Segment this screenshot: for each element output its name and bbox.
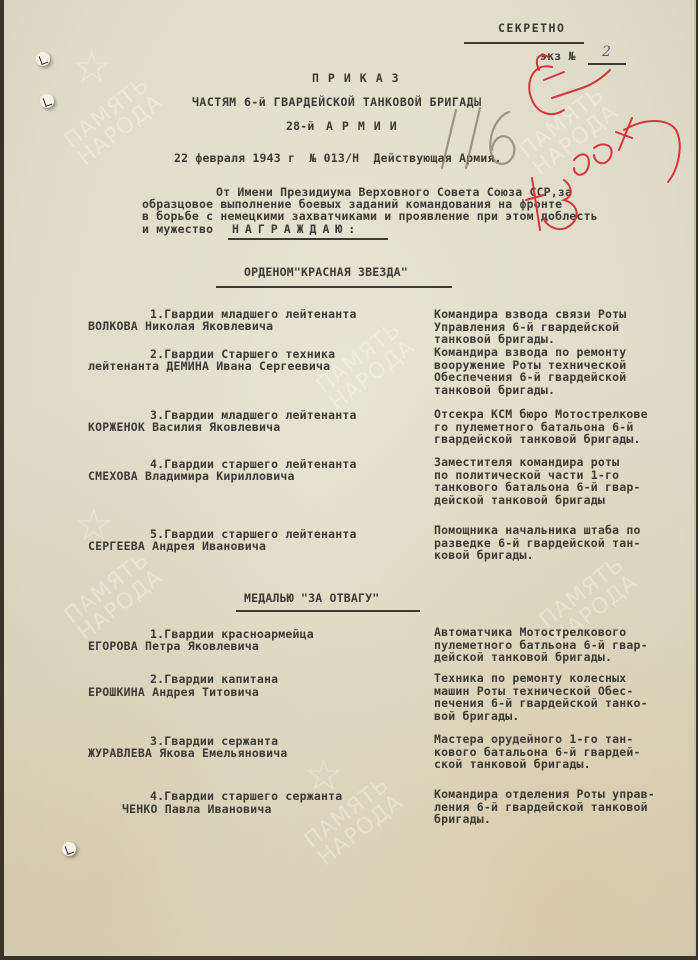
document-page: ☆ ПАМЯТЬ НАРОДА ПАМЯТЬ НАРОДА ПАМЯТЬ НАР… [4, 0, 696, 956]
handwritten-annotations [4, 0, 698, 960]
